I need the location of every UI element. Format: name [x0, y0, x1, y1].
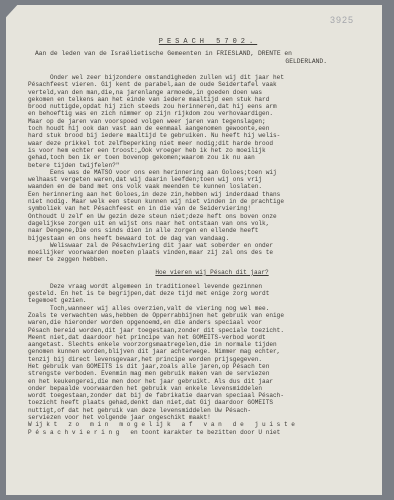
addressee: Aan de leden van de Israëlietische Gemee… — [35, 50, 345, 66]
archive-number: 3925 — [330, 15, 354, 25]
spaced-line-1: W ij k t z o m i n m o g e l ij k a f v … — [28, 421, 360, 428]
addressee-line-1: Aan de leden van de Israëlietische Gemee… — [35, 50, 292, 57]
paragraph-question: Deze vraag wordt algemeen in traditionee… — [28, 283, 360, 305]
typewritten-letter: PESACH 5702. Aan de leden van de Israëli… — [44, 38, 360, 436]
section-heading: Hoe vieren wij Pésach dit jaar? — [64, 269, 360, 276]
spaced-line-2: P é s a c h v i e r i n g en toont karak… — [28, 429, 360, 436]
document-page: 3925 PESACH 5702. Aan de leden van de Is… — [6, 5, 382, 495]
document-title: PESACH 5702. — [56, 38, 360, 46]
paragraph-matso: Eens was de MATSO voor ons een herinneri… — [28, 169, 360, 242]
paragraph-sober-celebration: Weliswaar zal de Pésachviering dit jaar … — [28, 242, 360, 264]
addressee-line-2: GELDERLAND. — [35, 58, 345, 66]
paragraph-parable: Onder wel zeer bijzondere omstandigheden… — [28, 74, 360, 169]
paragraph-rules: Toch,wanneer wij alles overzien,valt de … — [28, 305, 360, 422]
